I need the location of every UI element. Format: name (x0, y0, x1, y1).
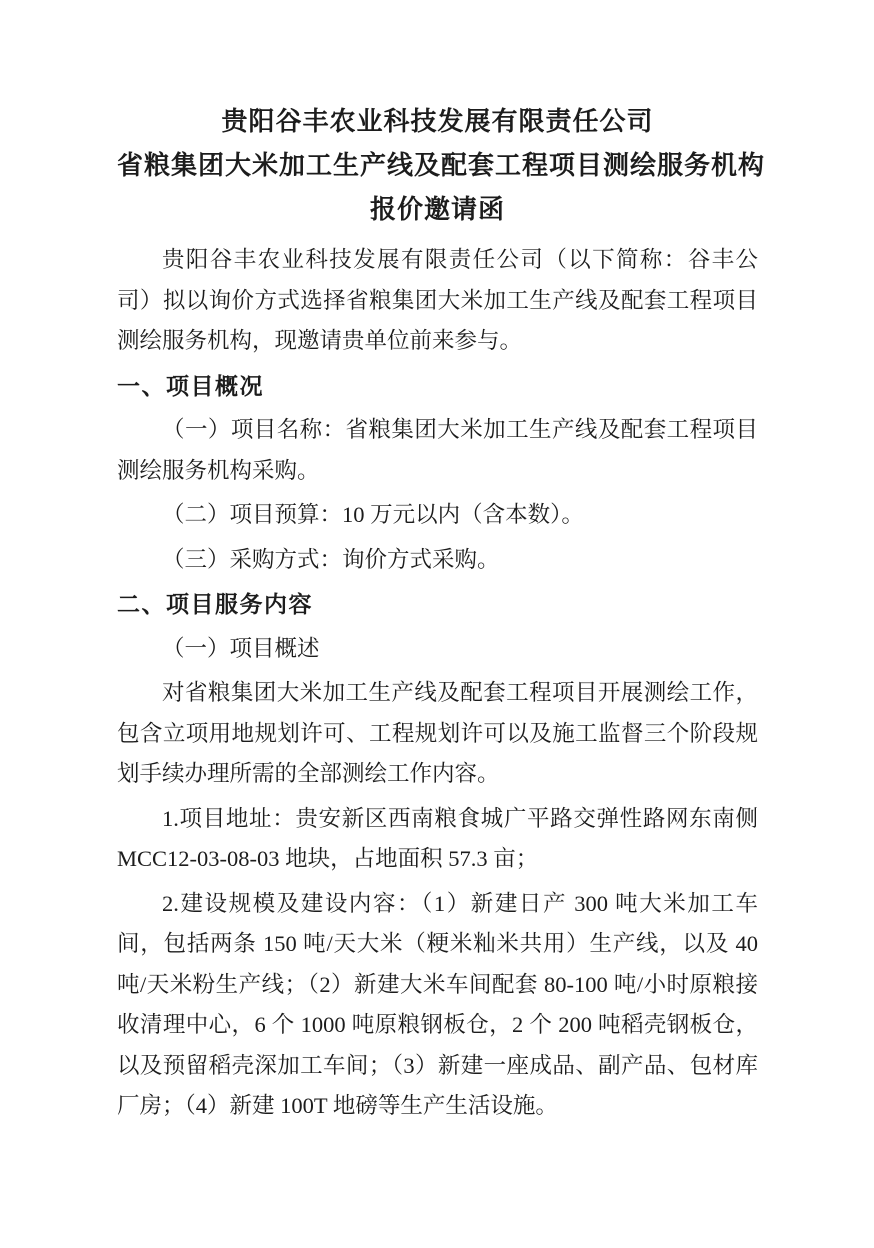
document-title-block: 贵阳谷丰农业科技发展有限责任公司 省粮集团大米加工生产线及配套工程项目测绘服务机… (117, 100, 758, 232)
document-page: 贵阳谷丰农业科技发展有限责任公司 省粮集团大米加工生产线及配套工程项目测绘服务机… (0, 0, 874, 1248)
project-address-item: 1.项目地址：贵安新区西南粮食城广平路交弹性路网东南侧 MCC12-03-08-… (117, 799, 758, 880)
section-1-heading: 一、项目概况 (117, 366, 758, 407)
document-title-letter-type: 报价邀请函 (117, 188, 758, 232)
document-title-project: 省粮集团大米加工生产线及配套工程项目测绘服务机构 (117, 144, 758, 188)
project-overview-paragraph: 对省粮集团大米加工生产线及配套工程项目开展测绘工作，包含立项用地规划许可、工程规… (117, 673, 758, 795)
document-title-company: 贵阳谷丰农业科技发展有限责任公司 (117, 100, 758, 144)
procurement-method-item: （三）采购方式：询价方式采购。 (117, 540, 758, 581)
project-overview-subheading: （一）项目概述 (117, 629, 758, 670)
section-2-heading: 二、项目服务内容 (117, 584, 758, 625)
project-name-item: （一）项目名称：省粮集团大米加工生产线及配套工程项目测绘服务机构采购。 (117, 410, 758, 491)
project-budget-item: （二）项目预算：10 万元以内（含本数）。 (117, 495, 758, 536)
construction-scale-item: 2.建设规模及建设内容：（1）新建日产 300 吨大米加工车间，包括两条 150… (117, 884, 758, 1127)
intro-paragraph: 贵阳谷丰农业科技发展有限责任公司（以下简称：谷丰公司）拟以询价方式选择省粮集团大… (117, 240, 758, 362)
